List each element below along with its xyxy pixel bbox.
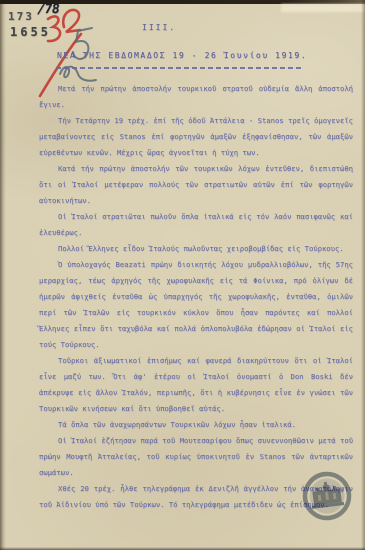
scanned-document-page: 173 /78 1655 ΙΙΙΙ. ΝΕΑ ΤΗΣ ΕΒΔΟΜΑΔΟΣ 19 … (0, 0, 365, 550)
paragraph-8: Τά ὅπλα τῶν ἀναχωρησάντων Τουρκικῶν λόχω… (39, 417, 353, 433)
document-body: Μετά τήν πρώτην ἀποστολήν τουρκικοῦ στρα… (39, 81, 353, 513)
circular-archive-seal-stamp (298, 467, 356, 525)
paragraph-6: Ὁ ὑπολοχαγός Beazati πρώην διοικητής λόχ… (39, 257, 353, 353)
page-number: ΙΙΙΙ. (142, 23, 176, 32)
paragraph-1: Μετά τήν πρώτην ἀποστολήν τουρκικοῦ στρα… (39, 81, 353, 113)
paragraph-5: Πολλοί Ἕλληνες εἶδον Ἰταλούς πωλοῦντας χ… (39, 241, 353, 257)
paragraph-7: Τοῦρκοι ἀξιωματικοί ἐπισήμως καί φανερά … (39, 353, 353, 417)
photo-edge-light-patch (281, 4, 365, 12)
title-underline (56, 67, 304, 69)
document-title: ΝΕΑ ΤΗΣ ΕΒΔΟΜΑΔΟΣ 19 - 26 Ἰουνίου 1919. (57, 51, 337, 60)
paragraph-3: Κατά τήν πρώτην ἀποστολήν τῶν τουρκικῶν … (39, 161, 353, 209)
photo-edge-right (361, 0, 365, 550)
photo-edge-left (0, 0, 6, 550)
paragraph-2: Τήν Τετάρτην 19 τρέχ. ἐπί τῆς ὁδοῦ Ἀττάλ… (39, 113, 353, 161)
paragraph-4: Οἱ Ἰταλοί στρατιῶται πωλοῦν ὅπλα ἰταλικά… (39, 209, 353, 241)
